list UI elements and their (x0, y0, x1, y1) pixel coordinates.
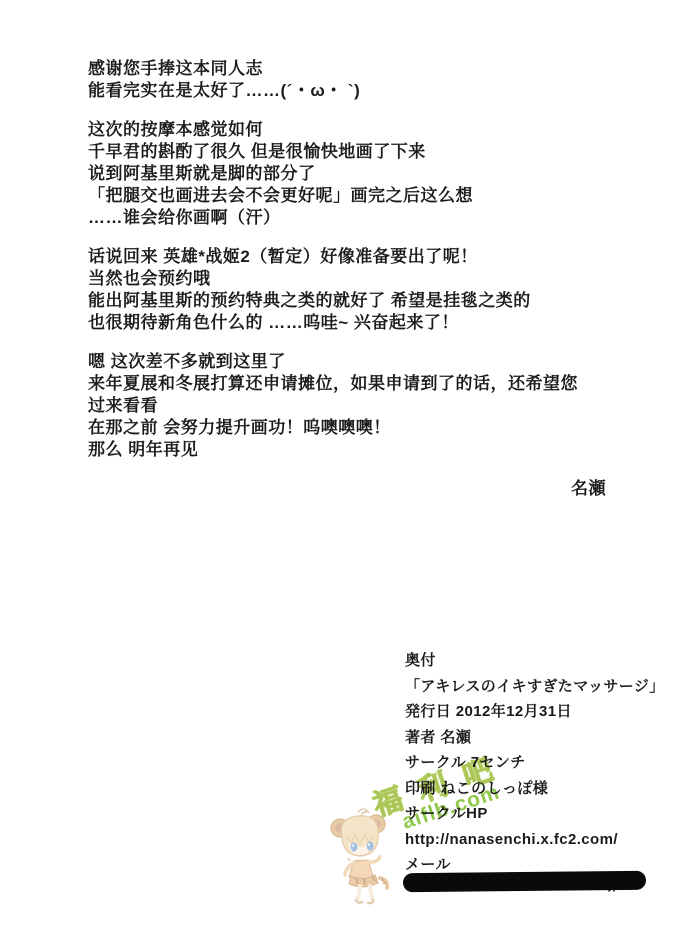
afterword-paragraph: 这次的按摩本感觉如何 千早君的斟酌了很久 但是很愉快地画了下来 说到阿基里斯就是… (88, 119, 610, 229)
homepage-label: サークルHP (405, 801, 667, 827)
afterword-line: 当然也会预约哦 (88, 268, 610, 290)
afterword-line: 来年夏展和冬展打算还申请摊位，如果申请到了的话，还希望您 (88, 373, 610, 395)
afterword-paragraph: 话说回来 英雄*战姬2（暂定）好像准备要出了呢！ 当然也会预约哦 能出阿基里斯的… (88, 246, 610, 334)
afterword-paragraph: 感谢您手捧这本同人志 能看完实在是太好了……(´・ω・ `) (88, 58, 610, 102)
circle-line: サークル 7センチ (405, 750, 667, 776)
colophon-heading: 奥付 (405, 648, 667, 674)
afterword-line: 说到阿基里斯就是脚的部分了 (88, 163, 610, 185)
afterword-line: 嗯 这次差不多就到这里了 (88, 351, 610, 373)
redaction-bar (403, 871, 646, 893)
afterword-line: 过来看看 (88, 395, 610, 417)
afterword-line: 在那之前 会努力提升画功！呜噢噢噢！ (88, 417, 610, 439)
afterword-text: 感谢您手捧这本同人志 能看完实在是太好了……(´・ω・ `) 这次的按摩本感觉如… (88, 58, 610, 500)
chibi-mascot-image (318, 806, 402, 910)
printer-line: 印刷 ねこのしっぽ様 (405, 776, 667, 802)
afterword-line: 千早君的斟酌了很久 但是很愉快地画了下来 (88, 141, 610, 163)
afterword-line: 能看完实在是太好了……(´・ω・ `) (88, 80, 610, 102)
homepage-url: http://nanasenchi.x.fc2.com/ (405, 827, 667, 853)
publish-date: 発行日 2012年12月31日 (405, 699, 667, 725)
afterword-line: 话说回来 英雄*战姬2（暂定）好像准备要出了呢！ (88, 246, 610, 268)
redacted-email: no-dance_no-life@hotmail.co.jp (403, 872, 653, 898)
author-signature: 名瀬 (88, 478, 610, 500)
colophon: 奥付 「アキレスのイキすぎたマッサージ」 発行日 2012年12月31日 著者 … (405, 648, 667, 878)
afterword-line: 能出阿基里斯的预约特典之类的就好了 希望是挂毯之类的 (88, 290, 610, 312)
book-title: 「アキレスのイキすぎたマッサージ」 (405, 674, 667, 700)
afterword-line: 「把腿交也画进去会不会更好呢」画完之后这么想 (88, 185, 610, 207)
afterword-line: 也很期待新角色什么的 ……呜哇~ 兴奋起来了！ (88, 312, 610, 334)
afterword-line: ……谁会给你画啊（汗） (88, 207, 610, 229)
doujinshi-afterword-page: 感谢您手捧这本同人志 能看完实在是太好了……(´・ω・ `) 这次的按摩本感觉如… (0, 0, 680, 951)
afterword-paragraph: 嗯 这次差不多就到这里了 来年夏展和冬展打算还申请摊位，如果申请到了的话，还希望… (88, 351, 610, 461)
afterword-line: 那么 明年再见 (88, 439, 610, 461)
author-line: 著者 名瀬 (405, 725, 667, 751)
afterword-line: 这次的按摩本感觉如何 (88, 119, 610, 141)
afterword-line: 感谢您手捧这本同人志 (88, 58, 610, 80)
